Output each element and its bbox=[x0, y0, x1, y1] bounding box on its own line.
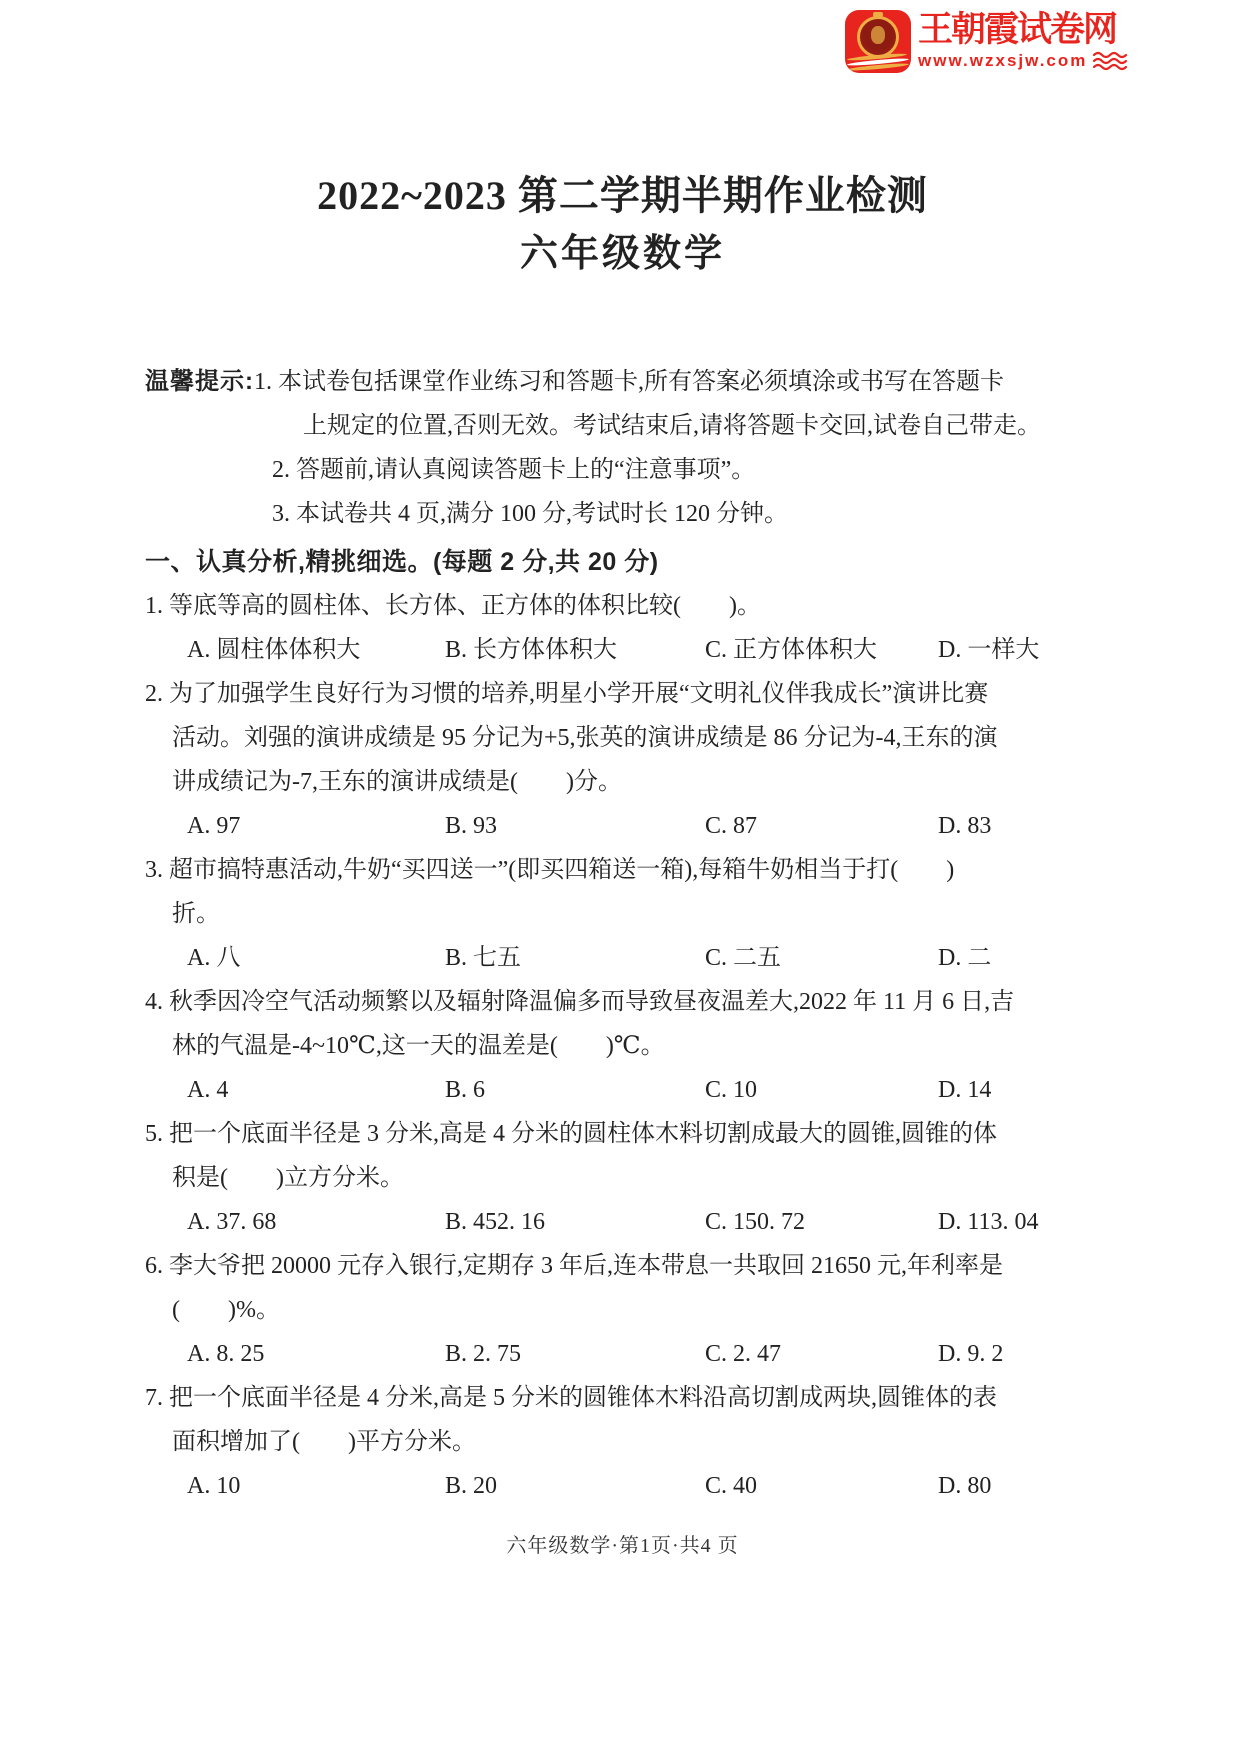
notice-line-1: 温馨提示:1. 本试卷包括课堂作业练习和答题卡,所有答案必须填涂或书写在答题卡 bbox=[145, 360, 1105, 404]
question-3: 3. 超市搞特惠活动,牛奶“买四送一”(即买四箱送一箱),每箱牛奶相当于打( )… bbox=[145, 848, 1105, 980]
question-4-option-b: B. 6 bbox=[445, 1068, 705, 1112]
question-3-option-a: A. 八 bbox=[187, 936, 445, 980]
question-list: 1. 等底等高的圆柱体、长方体、正方体的体积比较( )。A. 圆柱体体积大B. … bbox=[145, 584, 1105, 1508]
question-7: 7. 把一个底面半径是 4 分米,高是 5 分米的圆锥体木料沿高切割成两块,圆锥… bbox=[145, 1376, 1105, 1508]
notice-item-1-text: 1. 本试卷包括课堂作业练习和答题卡,所有答案必须填涂或书写在答题卡 bbox=[254, 369, 1004, 395]
question-4-option-d: D. 14 bbox=[938, 1068, 1105, 1112]
title-line-2: 六年级数学 bbox=[145, 230, 1100, 278]
medallion-icon bbox=[857, 16, 899, 58]
brand-app-icon bbox=[845, 10, 911, 73]
page-footer: 六年级数学·第1页·共4 页 bbox=[145, 1524, 1100, 1568]
question-7-line-2: 面积增加了( )平方分米。 bbox=[145, 1420, 1105, 1464]
section-heading: 一、认真分析,精挑细选。(每题 2 分,共 20 分) bbox=[145, 540, 659, 584]
wave-lines-icon bbox=[1092, 51, 1128, 71]
question-3-option-d: D. 二 bbox=[938, 936, 1105, 980]
page-indicator: 六年级数学·第1页·共4 页 bbox=[145, 1524, 1100, 1568]
question-4-option-c: C. 10 bbox=[705, 1068, 938, 1112]
question-5-option-b: B. 452. 16 bbox=[445, 1200, 705, 1244]
brand-site-url: www.wzxsjw.com bbox=[918, 52, 1087, 70]
question-5: 5. 把一个底面半径是 3 分米,高是 4 分米的圆柱体木料切割成最大的圆锥,圆… bbox=[145, 1112, 1105, 1244]
question-5-option-c: C. 150. 72 bbox=[705, 1200, 938, 1244]
question-2-option-d: D. 83 bbox=[938, 804, 1105, 848]
question-2-option-b: B. 93 bbox=[445, 804, 705, 848]
question-3-line-2: 折。 bbox=[145, 892, 1105, 936]
question-1-option-d: D. 一样大 bbox=[938, 628, 1105, 672]
question-3-line-1: 3. 超市搞特惠活动,牛奶“买四送一”(即买四箱送一箱),每箱牛奶相当于打( ) bbox=[145, 848, 1105, 892]
notice-line-3: 2. 答题前,请认真阅读答题卡上的“注意事项”。 bbox=[145, 448, 1105, 492]
brand-logo: 王朝霞试卷网 www.wzxsjw.com bbox=[845, 10, 1128, 73]
brand-url-row: www.wzxsjw.com bbox=[918, 51, 1128, 71]
title-line-1: 2022~2023 第二学期半期作业检测 bbox=[145, 170, 1100, 222]
question-1-options: A. 圆柱体体积大B. 长方体体积大C. 正方体体积大D. 一样大 bbox=[145, 628, 1105, 672]
question-2-options: A. 97B. 93C. 87D. 83 bbox=[145, 804, 1105, 848]
question-1: 1. 等底等高的圆柱体、长方体、正方体的体积比较( )。A. 圆柱体体积大B. … bbox=[145, 584, 1105, 672]
question-4-options: A. 4B. 6C. 10D. 14 bbox=[145, 1068, 1105, 1112]
question-5-option-a: A. 37. 68 bbox=[187, 1200, 445, 1244]
question-6-option-b: B. 2. 75 bbox=[445, 1332, 705, 1376]
question-1-option-b: B. 长方体体积大 bbox=[445, 628, 705, 672]
question-5-line-1: 5. 把一个底面半径是 3 分米,高是 4 分米的圆柱体木料切割成最大的圆锥,圆… bbox=[145, 1112, 1105, 1156]
question-2-line-1: 2. 为了加强学生良好行为习惯的培养,明星小学开展“文明礼仪伴我成长”演讲比赛 bbox=[145, 672, 1105, 716]
question-2-option-a: A. 97 bbox=[187, 804, 445, 848]
question-6-options: A. 8. 25B. 2. 75C. 2. 47D. 9. 2 bbox=[145, 1332, 1105, 1376]
notice-line-2: 上规定的位置,否则无效。考试结束后,请将答题卡交回,试卷自己带走。 bbox=[145, 404, 1105, 448]
question-6-option-c: C. 2. 47 bbox=[705, 1332, 938, 1376]
question-2-line-3: 讲成绩记为-7,王东的演讲成绩是( )分。 bbox=[145, 760, 1105, 804]
question-4: 4. 秋季因冷空气活动频繁以及辐射降温偏多而导致昼夜温差大,2022 年 11 … bbox=[145, 980, 1105, 1112]
question-6-line-2: ( )%。 bbox=[145, 1288, 1105, 1332]
question-1-line-1: 1. 等底等高的圆柱体、长方体、正方体的体积比较( )。 bbox=[145, 584, 1105, 628]
question-2-line-2: 活动。刘强的演讲成绩是 95 分记为+5,张英的演讲成绩是 86 分记为-4,王… bbox=[145, 716, 1105, 760]
question-1-option-a: A. 圆柱体体积大 bbox=[187, 628, 445, 672]
question-7-line-1: 7. 把一个底面半径是 4 分米,高是 5 分米的圆锥体木料沿高切割成两块,圆锥… bbox=[145, 1376, 1105, 1420]
question-7-options: A. 10B. 20C. 40D. 80 bbox=[145, 1464, 1105, 1508]
question-7-option-b: B. 20 bbox=[445, 1464, 705, 1508]
question-5-option-d: D. 113. 04 bbox=[938, 1200, 1105, 1244]
question-5-line-2: 积是( )立方分米。 bbox=[145, 1156, 1105, 1200]
exam-page: 王朝霞试卷网 www.wzxsjw.com 2022~2023 第二学期半期作业… bbox=[0, 0, 1240, 1754]
question-1-option-c: C. 正方体体积大 bbox=[705, 628, 938, 672]
question-4-option-a: A. 4 bbox=[187, 1068, 445, 1112]
question-6-line-1: 6. 李大爷把 20000 元存入银行,定期存 3 年后,连本带息一共取回 21… bbox=[145, 1244, 1105, 1288]
exam-title: 2022~2023 第二学期半期作业检测 六年级数学 bbox=[145, 170, 1100, 278]
question-6: 6. 李大爷把 20000 元存入银行,定期存 3 年后,连本带息一共取回 21… bbox=[145, 1244, 1105, 1376]
question-4-line-2: 林的气温是-4~10℃,这一天的温差是( )℃。 bbox=[145, 1024, 1105, 1068]
question-2: 2. 为了加强学生良好行为习惯的培养,明星小学开展“文明礼仪伴我成长”演讲比赛活… bbox=[145, 672, 1105, 848]
question-3-option-b: B. 七五 bbox=[445, 936, 705, 980]
question-3-option-c: C. 二五 bbox=[705, 936, 938, 980]
question-7-option-d: D. 80 bbox=[938, 1464, 1105, 1508]
question-7-option-a: A. 10 bbox=[187, 1464, 445, 1508]
question-2-option-c: C. 87 bbox=[705, 804, 938, 848]
notice-label: 温馨提示: bbox=[145, 368, 254, 395]
notice-line-4: 3. 本试卷共 4 页,满分 100 分,考试时长 120 分钟。 bbox=[145, 492, 1105, 536]
question-4-line-1: 4. 秋季因冷空气活动频繁以及辐射降温偏多而导致昼夜温差大,2022 年 11 … bbox=[145, 980, 1105, 1024]
question-6-option-d: D. 9. 2 bbox=[938, 1332, 1105, 1376]
question-3-options: A. 八B. 七五C. 二五D. 二 bbox=[145, 936, 1105, 980]
question-7-option-c: C. 40 bbox=[705, 1464, 938, 1508]
brand-text: 王朝霞试卷网 www.wzxsjw.com bbox=[918, 10, 1128, 71]
question-5-options: A. 37. 68B. 452. 16C. 150. 72D. 113. 04 bbox=[145, 1200, 1105, 1244]
question-6-option-a: A. 8. 25 bbox=[187, 1332, 445, 1376]
notice-panel: 温馨提示:1. 本试卷包括课堂作业练习和答题卡,所有答案必须填涂或书写在答题卡 … bbox=[145, 360, 1105, 536]
brand-site-name: 王朝霞试卷网 bbox=[918, 10, 1128, 50]
